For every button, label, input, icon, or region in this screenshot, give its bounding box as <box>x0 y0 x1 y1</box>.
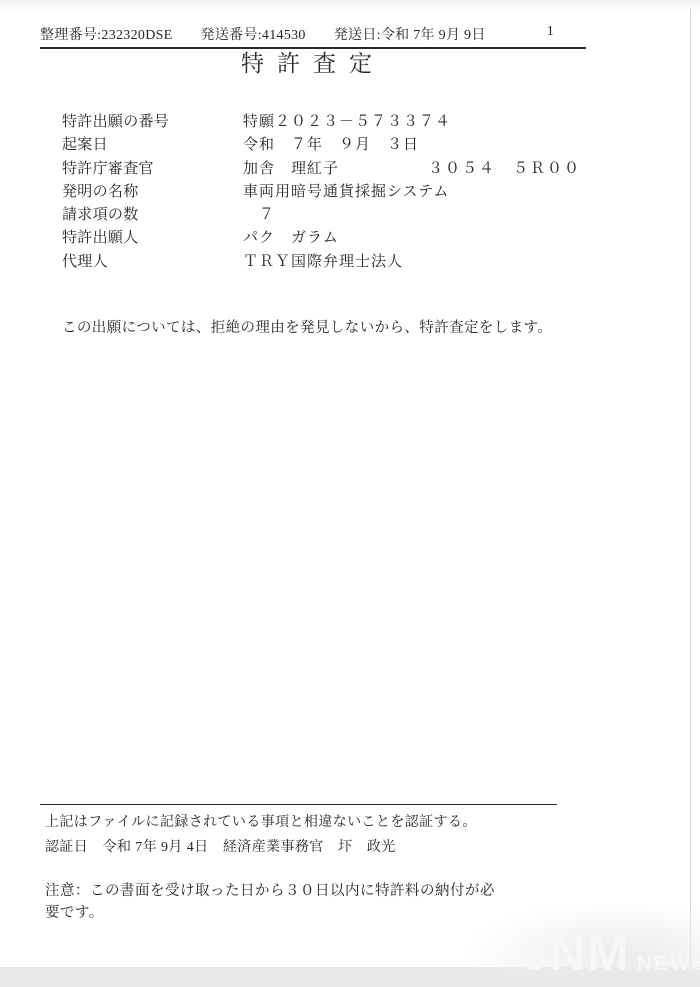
dispatch-date: 発送日:令和 7年 9月 9日 <box>334 28 486 43</box>
certification-block: 上記はファイルに記録されている事項と相違ないことを認証する。 認証日 令和 7年… <box>45 810 565 860</box>
page-number: 1 <box>547 24 554 40</box>
header-row: 整理番号:232320DSE発送番号:414530発送日:令和 7年 9月 9日… <box>40 24 586 49</box>
field-value: ＴＲＹ国際弁理士法人 <box>243 251 586 274</box>
field-label: 特許出願の番号 <box>62 111 243 134</box>
field-row-agent: 代理人 ＴＲＹ国際弁理士法人 <box>62 251 586 274</box>
field-value: 特願２０２３－５７３３７４ <box>243 111 586 134</box>
dispatch-number: 発送番号:414530 <box>201 28 306 43</box>
notice-block: 注意：この書面を受け取った日から３０日以内に特許料の納付が必 要です。 <box>45 881 515 924</box>
field-value: 車両用暗号通貨採掘システム <box>243 181 586 204</box>
field-row-draft-date: 起案日 令和 ７年 ９月 ３日 <box>62 134 586 157</box>
field-label: 請求項の数 <box>62 204 243 227</box>
examiner-name: 加舎 理紅子 <box>243 161 339 177</box>
field-label: 代理人 <box>62 251 243 274</box>
watermark-brand: JNM <box>521 924 630 982</box>
watermark-suffix: NEWS <box>637 952 700 976</box>
certification-date-line: 認証日 令和 7年 9月 4日 経済産業事務官 圷 政光 <box>45 835 565 860</box>
field-value: パク ガラム <box>243 227 586 250</box>
field-value: 令和 ７年 ９月 ３日 <box>243 134 586 157</box>
field-value: ７ <box>243 204 586 227</box>
scan-edge-line <box>690 8 691 987</box>
field-label: 特許庁審査官 <box>62 158 243 181</box>
ref-number: 整理番号:232320DSE <box>40 28 173 43</box>
field-value: 加舎 理紅子３０５４ ５Ｒ００ <box>243 158 586 181</box>
field-label: 特許出願人 <box>62 227 243 250</box>
notice-line-2: 要です。 <box>45 903 515 925</box>
field-label: 起案日 <box>62 134 243 157</box>
field-row-claim-count: 請求項の数 ７ <box>62 204 586 227</box>
field-row-examiner: 特許庁審査官 加舎 理紅子３０５４ ５Ｒ００ <box>62 158 586 181</box>
jnm-news-watermark: JNM NEWS <box>521 924 700 982</box>
document-page: 整理番号:232320DSE発送番号:414530発送日:令和 7年 9月 9日… <box>0 0 700 987</box>
document-title: 特許査定 <box>40 50 586 78</box>
notice-line-1: 注意：この書面を受け取った日から３０日以内に特許料の納付が必 <box>45 881 515 903</box>
field-label: 発明の名称 <box>62 181 243 204</box>
field-row-applicant: 特許出願人 パク ガラム <box>62 227 586 250</box>
fields-table: 特許出願の番号 特願２０２３－５７３３７４ 起案日 令和 ７年 ９月 ３日 特許… <box>62 111 586 274</box>
field-row-application-number: 特許出願の番号 特願２０２３－５７３３７４ <box>62 111 586 134</box>
certification-divider <box>40 804 557 805</box>
field-row-invention-title: 発明の名称 車両用暗号通貨採掘システム <box>62 181 586 204</box>
certification-statement: 上記はファイルに記録されている事項と相違ないことを認証する。 <box>45 810 565 835</box>
examiner-code: ３０５４ ５Ｒ００ <box>428 158 581 181</box>
decision-statement: この出願については、拒絶の理由を発見しないから、特許査定をします。 <box>62 317 582 340</box>
